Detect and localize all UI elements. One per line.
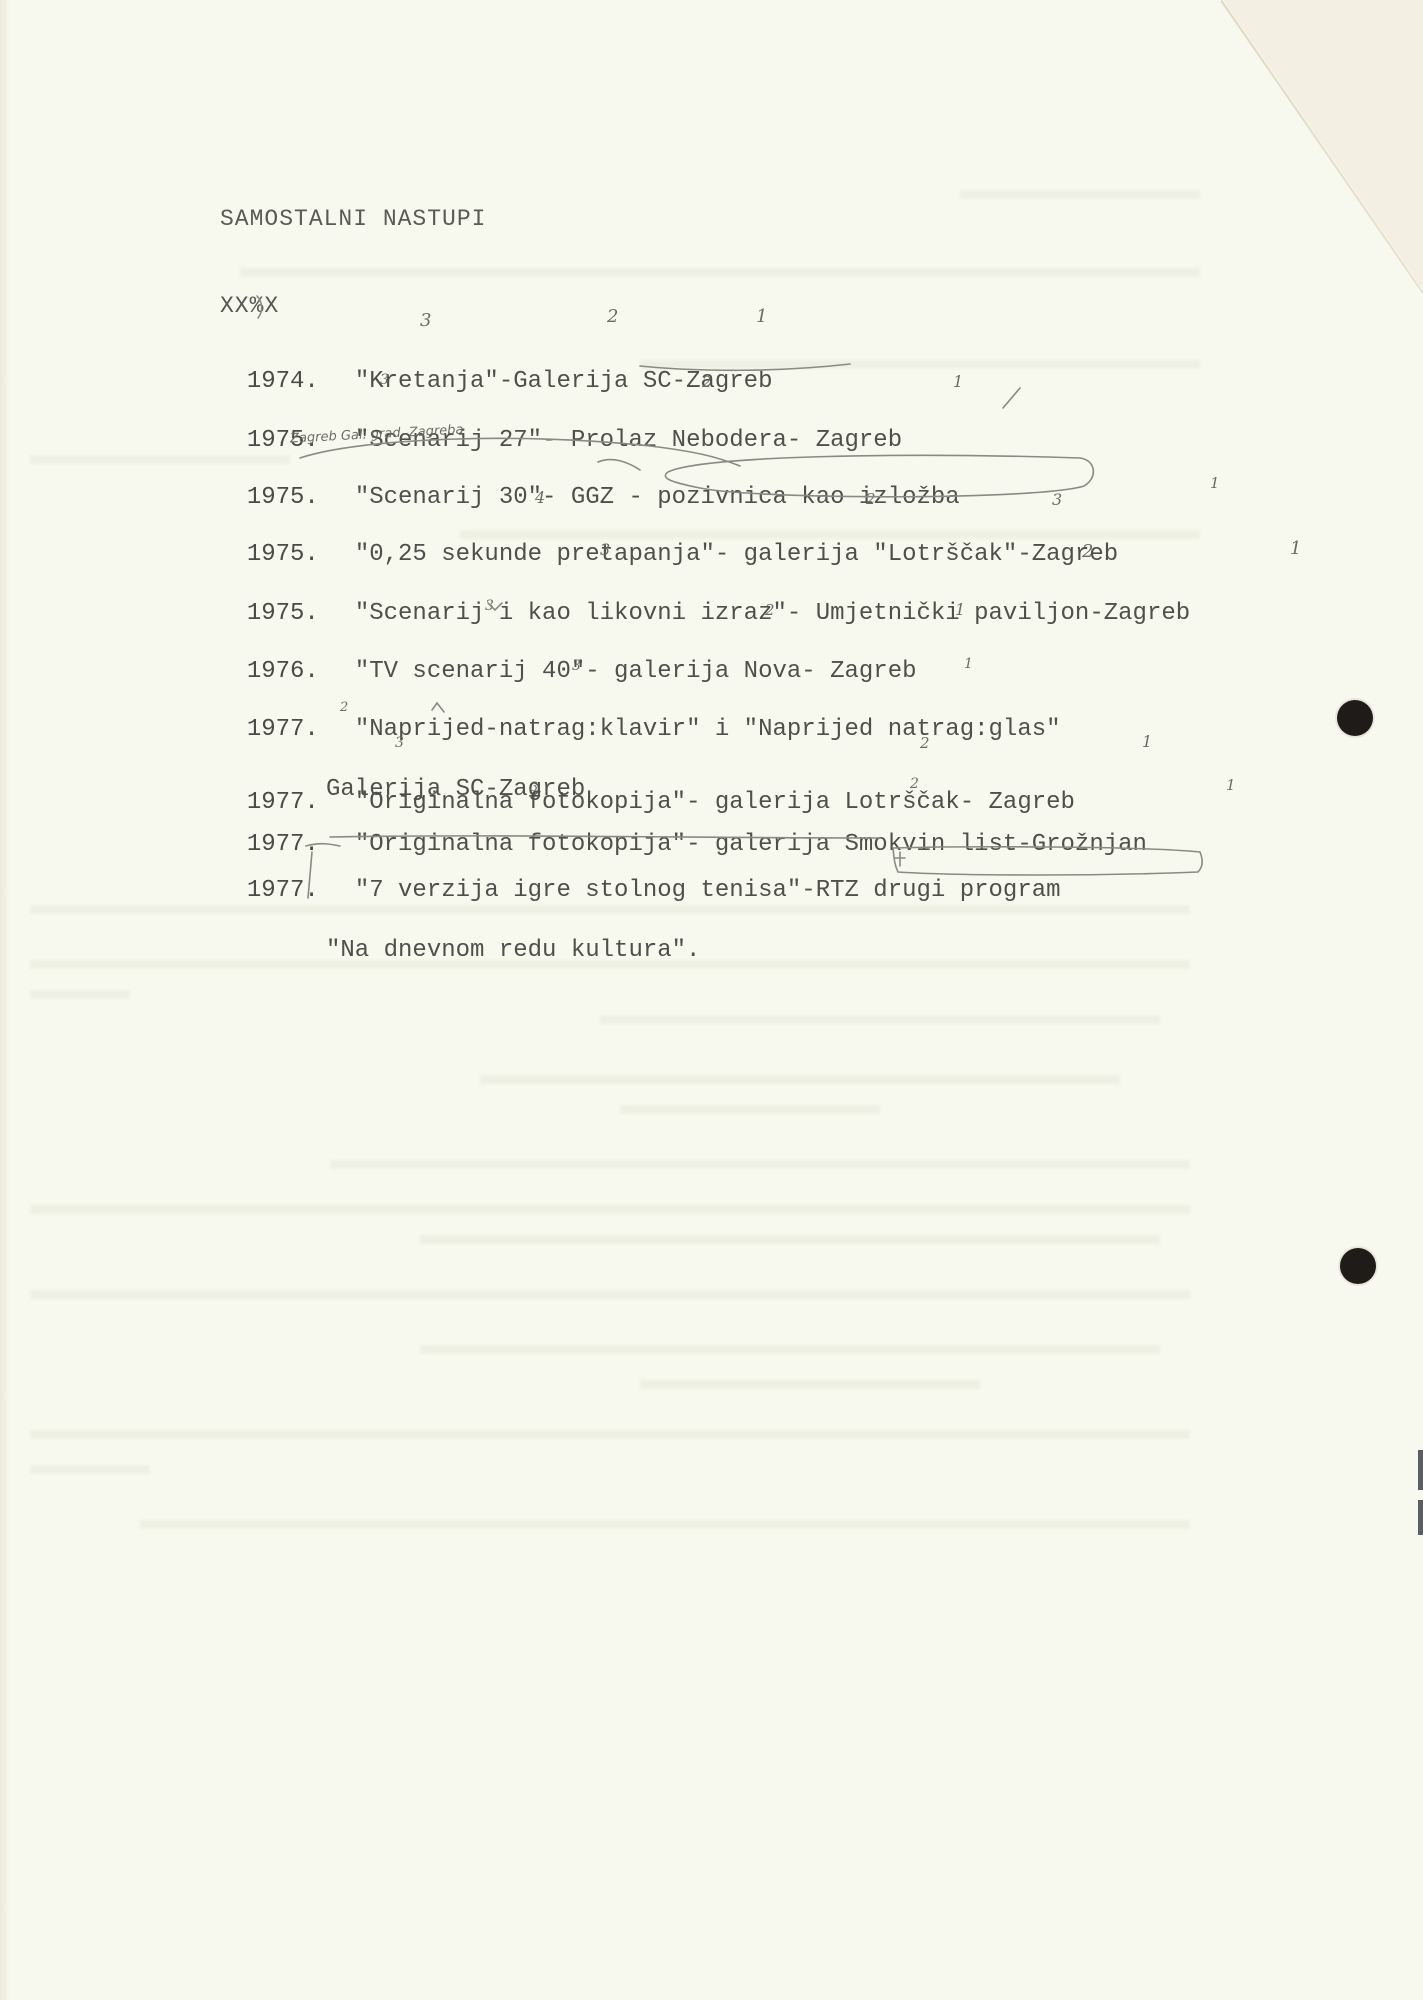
list-item: 1977."7 verzija igre stolnog tenisa"-RTZ… [218, 846, 1061, 996]
punch-hole [1340, 1248, 1376, 1284]
order-mark: 3 [380, 372, 389, 388]
document-page [0, 0, 1423, 2000]
entry-year: 1975. [247, 540, 355, 570]
order-mark: 2 [340, 700, 348, 715]
order-mark: 3 [1052, 490, 1062, 509]
order-mark: 1 [953, 372, 963, 391]
order-mark: 3 [485, 598, 494, 614]
entry-text: "TV scenarij 40"- galerija Nova- Zagreb [355, 658, 917, 685]
order-mark: 1 [756, 306, 767, 327]
order-mark: 2 [702, 373, 712, 391]
order-mark: 2 [866, 490, 876, 508]
entry-year: 1977. [247, 715, 355, 745]
list-item: 1975."0,25 sekunde pretapanja"- galerija… [218, 510, 1118, 570]
entry-year: 1977. [247, 876, 355, 906]
entry-text: "7 verzija igre stolnog tenisa"-RTZ drug… [355, 877, 1061, 904]
order-mark: 3 [530, 780, 538, 795]
list-item: 1974."Kretanja"-Galerija SC-Zagreb [218, 337, 772, 397]
scan-artifact [1418, 1450, 1423, 1490]
list-item: 1975."Scenarij 30"- GGZ - pozivnica kao … [218, 453, 960, 513]
order-mark: 1 [964, 656, 973, 672]
order-mark: 1 [955, 600, 965, 619]
order-mark: 2 [1082, 541, 1093, 562]
list-item: 1976."TV scenarij 40"- galerija Nova- Za… [218, 627, 917, 687]
order-mark: 3 [572, 658, 581, 674]
order-mark: 3 [420, 310, 431, 331]
page-title: SAMOSTALNI NASTUPI [220, 206, 486, 232]
order-mark: 2 [910, 776, 919, 792]
punch-hole [1337, 700, 1373, 736]
order-mark: 3 [395, 735, 404, 751]
list-item: 1975."Scenarij 27"- Prolaz Nebodera- Zag… [218, 396, 902, 456]
entry-year: 1976. [247, 657, 355, 687]
list-item: 1975."Scenarij i kao likovni izraz"- Umj… [218, 569, 1190, 629]
order-mark: 2 [920, 734, 930, 752]
entry-year: 1975. [247, 483, 355, 513]
order-mark: 4 [535, 488, 545, 507]
entry-year: 1975. [247, 599, 355, 629]
struck-out-text: XX%X [220, 293, 279, 319]
entry-text: "Naprijed-natrag:klavir" i "Naprijed nat… [355, 716, 1061, 743]
order-mark: 1 [1226, 776, 1236, 794]
order-mark: 2 [765, 601, 775, 619]
entry-year: 1974. [247, 367, 355, 397]
page-edge-shadow [0, 0, 10, 2000]
entry-text: "0,25 sekunde pretapanja"- galerija "Lot… [355, 541, 1118, 568]
order-mark: 1 [1210, 474, 1220, 492]
order-mark: 2 [607, 306, 618, 327]
folded-corner [1223, 0, 1423, 290]
entry-continuation: "Na dnevnom redu kultura". [218, 936, 1061, 966]
order-mark: 3 [600, 540, 610, 559]
scan-artifact [1418, 1500, 1423, 1535]
order-mark: 1 [1290, 538, 1301, 559]
order-mark: 1 [1142, 732, 1152, 751]
